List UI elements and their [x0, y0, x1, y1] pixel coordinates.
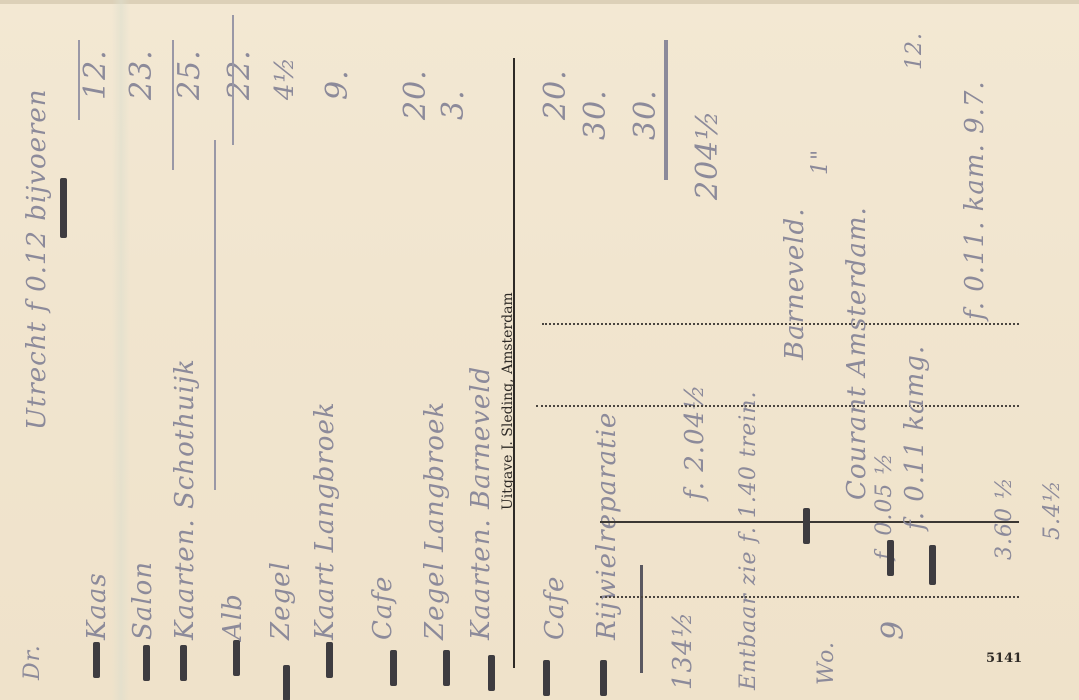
middle-amount: 30.	[578, 89, 613, 140]
entry-item: Kaarten. Schothuijk	[170, 358, 200, 640]
tick-mark	[326, 642, 333, 678]
entry-amount: 20.	[398, 69, 433, 120]
right-amount: 5.4½	[1040, 480, 1065, 540]
subtotal: 134½	[668, 611, 698, 690]
entry-amount: 4½	[270, 56, 300, 100]
header-text: Dr.	[20, 644, 45, 680]
right-amount: 1"	[808, 149, 833, 175]
address-line: f. 0.11. kam. 9.7.	[960, 80, 990, 320]
entry-amount: 23.	[124, 49, 159, 100]
middle-amount: 30.	[628, 89, 663, 140]
tick-mark	[488, 655, 495, 691]
tick-mark	[233, 640, 240, 676]
price-line: f. 2.04½	[680, 384, 710, 500]
address-line: f. 0.11 kamg.	[900, 345, 930, 530]
tick-mark	[929, 545, 936, 585]
middle-amount: 20.	[538, 69, 573, 120]
right-amount: 12.	[902, 32, 927, 70]
tick-mark	[60, 178, 67, 238]
tick-mark	[600, 660, 607, 696]
address-line-4	[600, 596, 1019, 598]
strike-line	[172, 40, 174, 170]
address-line: Barneveld.	[780, 208, 810, 360]
strike-line	[78, 40, 80, 120]
strike-line	[232, 15, 234, 145]
entry-amount: 22.	[222, 49, 257, 100]
entry-amount: 12.	[78, 49, 113, 100]
abbr: Wo.	[814, 641, 839, 685]
tick-mark	[443, 650, 450, 686]
sum-line	[664, 40, 668, 180]
tick-mark	[803, 508, 810, 544]
right-amount: 3.60 ½	[992, 477, 1017, 560]
middle-item: Rijwielreparatie	[592, 412, 622, 640]
strike-line	[214, 140, 216, 490]
tick-mark	[143, 645, 150, 681]
tick-mark	[543, 660, 550, 696]
card-top-edge	[0, 0, 1079, 4]
entry-item: Cafe	[368, 576, 398, 640]
publisher-imprint: Uitgave J. Sleding, Amsterdam	[500, 292, 516, 510]
tick-mark	[390, 650, 397, 686]
sum-line	[640, 565, 643, 673]
tick-mark	[283, 665, 290, 700]
entry-amount: 25.	[172, 49, 207, 100]
entry-item: Kaarten. Barneveld	[466, 366, 496, 640]
title-line: Utrecht f 0.12 bijvoeren	[22, 88, 52, 430]
postcard: Dr. Utrecht f 0.12 bijvoeren Kaas Salon …	[0, 0, 1079, 700]
middle-item: Cafe	[540, 576, 570, 640]
tick-mark	[180, 645, 187, 681]
serial-number: 5141	[986, 651, 1022, 666]
entry-item: Zegel	[266, 561, 296, 640]
entry-item: Alb	[218, 593, 248, 640]
entry-amount: 3.	[436, 89, 471, 120]
total-amount: 204½	[690, 110, 725, 200]
numeral: 9	[876, 620, 911, 640]
entry-amount: 9.	[320, 69, 355, 100]
entry-item: Kaart Langbroek	[310, 401, 340, 640]
address-line: Courant Amsterdam.	[842, 206, 872, 500]
tick-mark	[887, 540, 894, 576]
entry-item: Zegel Langbroek	[420, 401, 450, 640]
note-line: Entbaar zie f. 1.40 trein.	[736, 391, 761, 690]
address-line-2	[536, 405, 1019, 407]
entry-item: Kaas	[82, 572, 112, 640]
entry-item: Salon	[128, 561, 158, 640]
tick-mark	[93, 642, 100, 678]
